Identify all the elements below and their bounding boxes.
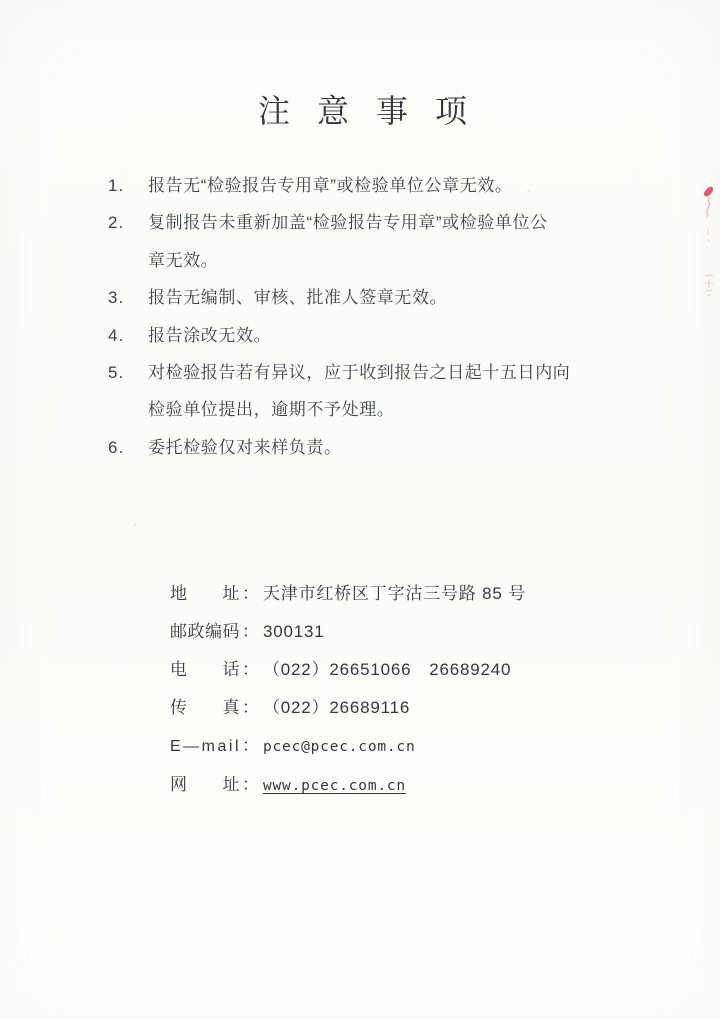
contact-colon: ：: [242, 651, 259, 689]
contact-value-phone: （022）26651066 26689240: [263, 660, 511, 679]
list-item-text: 委托检验仅对来样负责。: [148, 429, 342, 466]
list-item-number: 4.: [108, 317, 148, 354]
contact-label: 网 址: [170, 766, 242, 804]
contact-value-email: pcec@pcec.com.cn: [263, 739, 415, 755]
contact-value-postcode: 300131: [263, 622, 325, 641]
list-item: 4. 报告涂改无效。: [108, 317, 598, 354]
red-ink-faint-mark: [707, 228, 709, 242]
scan-speck: [133, 523, 136, 526]
contact-value-website: www.pcec.com.cn: [263, 778, 406, 794]
red-ink-edge-ticks: [705, 275, 713, 295]
list-item-text: 对检验报告若有异议，应于收到报告之日起十五日内向 检验单位提出，逾期不予处理。: [148, 354, 570, 429]
scan-speck: [527, 190, 530, 192]
red-ink-marks: [697, 184, 719, 314]
red-ink-blob: [704, 187, 713, 197]
list-item-number: 3.: [108, 279, 148, 316]
contact-row-phone: 电 话：（022）26651066 26689240: [170, 651, 526, 689]
contact-row-website: 网 址：www.pcec.com.cn: [170, 766, 526, 805]
page-title: 注意事项: [258, 86, 494, 132]
list-item: 6. 委托检验仅对来样负责。: [108, 429, 598, 466]
contact-colon: ：: [242, 575, 259, 613]
list-item-number: 6.: [108, 429, 148, 466]
contact-value-address: 天津市红桥区丁字沽三号路 85 号: [263, 584, 526, 603]
contact-colon: ：: [242, 766, 259, 804]
contact-label: E—mail: [170, 728, 242, 766]
contact-colon: ：: [242, 689, 259, 727]
list-item-number: 1.: [108, 167, 148, 204]
notes-list: 1. 报告无“检验报告专用章”或检验单位公章无效。 2. 复制报告未重新加盖“检…: [108, 167, 598, 466]
contact-row-fax: 传 真：（022）26689116: [170, 689, 526, 727]
document-page: 注意事项 1. 报告无“检验报告专用章”或检验单位公章无效。 2. 复制报告未重…: [0, 0, 720, 1019]
list-item-number: 5.: [108, 354, 148, 429]
list-item: 2. 复制报告未重新加盖“检验报告专用章”或检验单位公 章无效。: [108, 204, 598, 279]
contact-label: 地 址: [170, 575, 242, 613]
list-item-text: 复制报告未重新加盖“检验报告专用章”或检验单位公 章无效。: [148, 204, 548, 279]
list-item-text: 报告无编制、审核、批准人签章无效。: [148, 279, 447, 316]
contact-block: 地 址：天津市红桥区丁字沽三号路 85 号 邮政编码：300131 电 话：（0…: [170, 575, 526, 805]
red-ink-squiggle: [707, 197, 710, 217]
list-item-number: 2.: [108, 204, 148, 279]
list-item: 5. 对检验报告若有异议，应于收到报告之日起十五日内向 检验单位提出，逾期不予处…: [108, 354, 598, 429]
contact-value-fax: （022）26689116: [263, 698, 410, 717]
contact-row-address: 地 址：天津市红桥区丁字沽三号路 85 号: [170, 575, 526, 613]
list-item: 3. 报告无编制、审核、批准人签章无效。: [108, 279, 598, 316]
contact-colon: ：: [242, 613, 259, 651]
contact-label: 电 话: [170, 651, 242, 689]
contact-row-postcode: 邮政编码：300131: [170, 613, 526, 651]
contact-label: 传 真: [170, 689, 242, 727]
contact-colon: ：: [242, 727, 259, 765]
contact-row-email: E—mail：pcec@pcec.com.cn: [170, 727, 526, 766]
contact-label: 邮政编码: [170, 613, 242, 651]
list-item-text: 报告涂改无效。: [148, 317, 271, 354]
list-item-text: 报告无“检验报告专用章”或检验单位公章无效。: [148, 167, 513, 204]
list-item: 1. 报告无“检验报告专用章”或检验单位公章无效。: [108, 167, 598, 204]
